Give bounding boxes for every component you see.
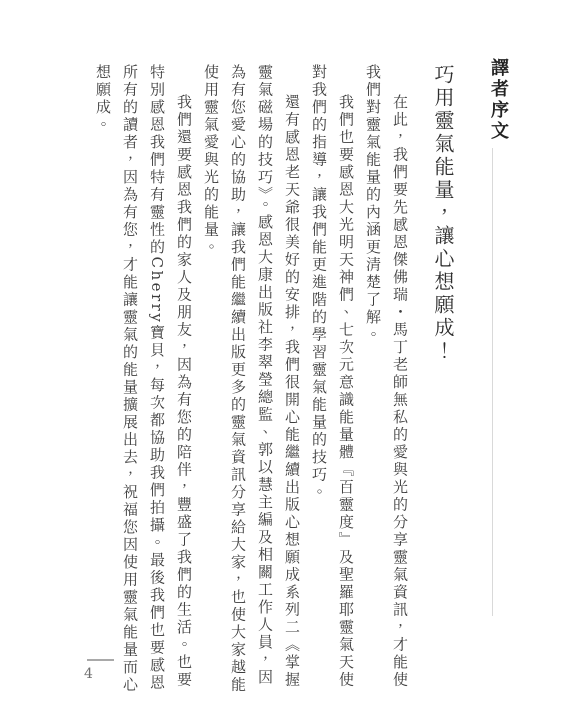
book-page: 譯者序文 巧用靈氣能量，讓心想願成！ 在此，我們要先感恩傑佛瑞・馬丁老師無私的愛… — [0, 0, 570, 714]
header-divider-line — [492, 148, 493, 616]
body-text: 在此，我們要先感恩傑佛瑞・馬丁老師無私的愛與光的分享靈氣資訊，才能使我們對靈氣能… — [81, 64, 413, 694]
paragraph-2: 我們也要感恩大光明天神們、七次元意識能量體『百靈度』及聖羅耶靈氣天使對我們的指導… — [305, 64, 359, 694]
page-number: 4 — [84, 666, 93, 682]
paragraph-4: 我們還要感恩我們的家人及朋友，因為有您的陪伴，豐盛了我們的生活。也要特別感恩我們… — [89, 64, 197, 694]
section-header: 譯者序文 — [486, 58, 512, 142]
paragraph-1: 在此，我們要先感恩傑佛瑞・馬丁老師無私的愛與光的分享靈氣資訊，才能使我們對靈氣能… — [359, 64, 413, 694]
chapter-title: 巧用靈氣能量，讓心想願成！ — [429, 64, 458, 363]
page-number-rule — [87, 659, 114, 661]
paragraph-3: 還有感恩老天爺很美好的安排，我們很開心能繼續出版心想願成系列二《掌握靈氣磁場的技… — [197, 64, 305, 694]
